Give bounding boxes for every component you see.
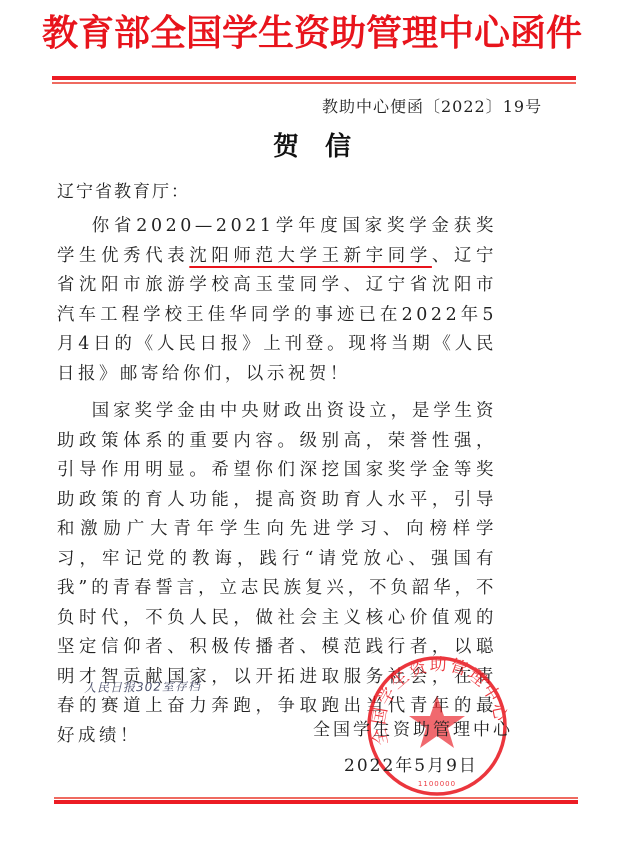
- header-rule-thin: [52, 82, 576, 84]
- paragraph-1-rest: 、辽宁省沈阳市旅游学校高玉莹同学、辽宁省沈阳市汽车工程学校王佳华同学的事迹已在2…: [57, 246, 497, 384]
- letterhead-title: 教育部全国学生资助管理中心函件: [0, 4, 624, 64]
- signature-organization: 全国学生资助管理中心: [313, 718, 513, 742]
- svg-text:1100000: 1100000: [418, 780, 456, 788]
- handwritten-note: 人民日报302室存档: [84, 677, 201, 696]
- highlighted-student: 沈阳师范大学王新宇同学: [189, 246, 432, 266]
- footer-rule-thin: [54, 797, 578, 799]
- signature-date: 2022年5月9日: [344, 754, 478, 778]
- salutation: 辽宁省教育厅：: [57, 180, 190, 204]
- footer-rule-thick: [54, 800, 578, 804]
- document-number: 教助中心便函〔2022〕19号: [322, 96, 542, 118]
- header-rule-thick: [52, 76, 576, 80]
- letter-title: 贺信: [0, 130, 624, 164]
- paragraph-1: 你省2020—2021学年度国家奖学金获奖学生优秀代表沈阳师范大学王新宇同学、辽…: [57, 212, 497, 389]
